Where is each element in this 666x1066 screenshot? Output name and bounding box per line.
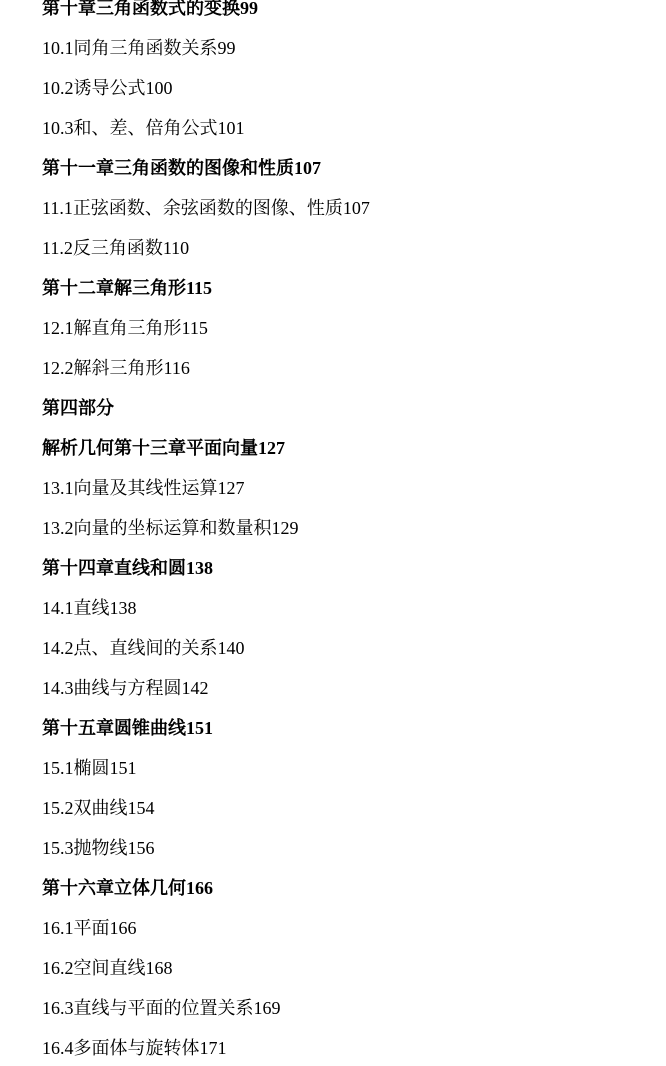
document-page: 第十章三角函数式的变换9910.1同角三角函数关系9910.2诱导公式10010… [0, 0, 666, 1066]
toc-section-entry: 13.1向量及其线性运算127 [42, 468, 666, 508]
toc-section-entry: 16.3直线与平面的位置关系169 [42, 988, 666, 1028]
toc-part-entry: 第四部分 [42, 388, 666, 428]
toc-chapter-entry: 解析几何第十三章平面向量127 [42, 428, 666, 468]
toc-section-entry: 10.2诱导公式100 [42, 68, 666, 108]
toc-section-entry: 15.2双曲线154 [42, 788, 666, 828]
toc-section-entry: 12.1解直角三角形115 [42, 308, 666, 348]
toc-section-entry: 16.4多面体与旋转体171 [42, 1028, 666, 1066]
toc-section-entry: 11.2反三角函数110 [42, 228, 666, 268]
toc-section-entry: 13.2向量的坐标运算和数量积129 [42, 508, 666, 548]
toc-section-entry: 16.1平面166 [42, 908, 666, 948]
toc-chapter-entry: 第十六章立体几何166 [42, 868, 666, 908]
toc-section-entry: 16.2空间直线168 [42, 948, 666, 988]
toc-section-entry: 11.1正弦函数、余弦函数的图像、性质107 [42, 188, 666, 228]
toc-chapter-entry: 第十章三角函数式的变换99 [42, 0, 666, 28]
toc-chapter-entry: 第十一章三角函数的图像和性质107 [42, 148, 666, 188]
toc-section-entry: 10.3和、差、倍角公式101 [42, 108, 666, 148]
toc-chapter-entry: 第十五章圆锥曲线151 [42, 708, 666, 748]
toc-section-entry: 14.3曲线与方程圆142 [42, 668, 666, 708]
toc-section-entry: 14.1直线138 [42, 588, 666, 628]
toc-section-entry: 15.1椭圆151 [42, 748, 666, 788]
toc-section-entry: 10.1同角三角函数关系99 [42, 28, 666, 68]
toc-chapter-entry: 第十二章解三角形115 [42, 268, 666, 308]
toc-section-entry: 15.3抛物线156 [42, 828, 666, 868]
toc-chapter-entry: 第十四章直线和圆138 [42, 548, 666, 588]
toc-list: 第十章三角函数式的变换9910.1同角三角函数关系9910.2诱导公式10010… [42, 0, 666, 1066]
toc-section-entry: 14.2点、直线间的关系140 [42, 628, 666, 668]
toc-section-entry: 12.2解斜三角形116 [42, 348, 666, 388]
